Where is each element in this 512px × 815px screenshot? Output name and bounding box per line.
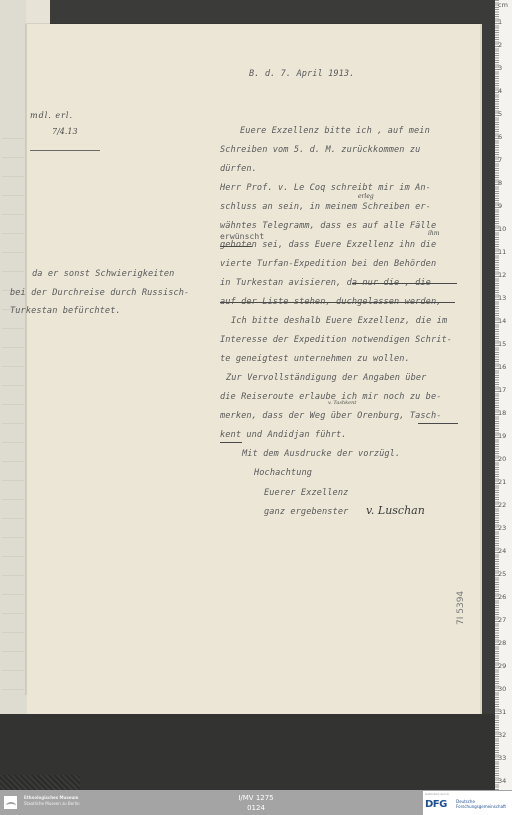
ruler-label: 10 bbox=[498, 225, 506, 233]
ruler-label: 15 bbox=[498, 340, 506, 348]
underline-tasch bbox=[418, 423, 458, 424]
museum-logo-wave-icon bbox=[6, 802, 16, 809]
body-line-13: te geneigtest unternehmen zu wollen. bbox=[220, 354, 410, 364]
margin-note-line-2: bei der Durchreise durch Russisch- bbox=[10, 288, 189, 298]
museum-name-line2: Staatliche Museen zu Berlin bbox=[24, 801, 80, 807]
ruler-label: 4 bbox=[498, 87, 502, 95]
ruler-label: 23 bbox=[498, 524, 506, 532]
ruler-label: 33 bbox=[498, 754, 506, 762]
ruler-label: 28 bbox=[498, 639, 506, 647]
ruler-label: 8 bbox=[498, 179, 502, 187]
ruler-unit: cm bbox=[498, 1, 508, 9]
ruler-label: 32 bbox=[498, 731, 506, 739]
sponsor-name: Deutsche Forschungsgemeinschaft bbox=[456, 799, 506, 809]
ruler-label: 29 bbox=[498, 662, 506, 670]
interlinear-note-ihm: ihm bbox=[428, 230, 439, 237]
ruler-label: 11 bbox=[498, 248, 506, 256]
body-line-14: Zur Vervollständigung der Angaben über bbox=[226, 373, 426, 383]
textured-cloth bbox=[0, 775, 80, 790]
ruler-label: 13 bbox=[498, 294, 506, 302]
strike-geboten bbox=[220, 246, 252, 247]
body-line-7: geboten sei, dass Euere Exzellenz ihn di… bbox=[220, 240, 436, 250]
body-line-5: schluss an sein, in meinem Schreiben er- bbox=[220, 202, 431, 212]
ruler-label: 20 bbox=[498, 455, 506, 463]
body-line-12: Interesse der Expedition notwendigen Sch… bbox=[220, 335, 452, 345]
sponsor-name-line2: Forschungsgemeinschaft bbox=[456, 804, 506, 809]
ruler-label: 14 bbox=[498, 317, 506, 325]
dfg-sponsor-badge: Gefördert durch DFG Deutsche Forschungsg… bbox=[423, 791, 512, 815]
ruler-ticks bbox=[495, 0, 499, 790]
ruler-label: 24 bbox=[498, 547, 506, 555]
dfg-logo-icon: DFG bbox=[425, 799, 447, 810]
ruler-label: 26 bbox=[498, 593, 506, 601]
archive-footer: Ethnologisches Museum Staatliche Museen … bbox=[0, 790, 512, 815]
sponsor-label: Gefördert durch bbox=[425, 792, 449, 796]
ruler-label: 16 bbox=[498, 363, 506, 371]
body-line-3: dürfen. bbox=[220, 164, 257, 174]
underline-kent bbox=[220, 442, 242, 443]
body-line-8: vierte Turfan-Expedition bei den Behörde… bbox=[220, 259, 436, 269]
closing-line-1: Mit dem Ausdrucke der vorzügl. bbox=[242, 449, 400, 459]
interlinear-note-taschkent: v. Tashkent bbox=[328, 400, 356, 406]
ruler-label: 9 bbox=[498, 202, 502, 210]
top-left-annotation-line2: 7/4.13 bbox=[52, 127, 78, 136]
page-right-shadow bbox=[480, 24, 482, 714]
measurement-ruler: cm 1 2 3 4 5 6 7 8 9 10 11 12 13 14 15 1… bbox=[495, 0, 512, 790]
ruler-label: 34 bbox=[498, 777, 506, 785]
top-left-annotation-line1: mdl. erl. bbox=[30, 111, 73, 120]
body-line-11: Ich bitte deshalb Euere Exzellenz, die i… bbox=[231, 316, 447, 326]
page-edge-top bbox=[26, 0, 50, 25]
left-edge-line bbox=[26, 24, 27, 714]
strike-auf-der-liste bbox=[220, 302, 455, 303]
annotation-underline bbox=[30, 150, 100, 151]
ruler-label: 7 bbox=[498, 156, 502, 164]
margin-note-line-3: Turkestan befürchtet. bbox=[10, 306, 121, 316]
ruler-label: 30 bbox=[498, 685, 506, 693]
ruler-label: 5 bbox=[498, 110, 502, 118]
ruler-label: 2 bbox=[498, 41, 502, 49]
ruler-label: 25 bbox=[498, 570, 506, 578]
inventory-number: 7I 5394 bbox=[456, 591, 466, 625]
body-line-2: Schreiben vom 5. d. M. zurückkommen zu bbox=[220, 145, 420, 155]
body-line-1: Euere Exzellenz bitte ich , auf mein bbox=[240, 126, 430, 136]
ruler-label: 1 bbox=[498, 18, 502, 26]
museum-name: Ethnologisches Museum Staatliche Museen … bbox=[24, 795, 80, 807]
strike-da-nur-die bbox=[352, 283, 457, 284]
ruler-label: 18 bbox=[498, 409, 506, 417]
closing-line-3: Euerer Exzellenz bbox=[264, 488, 348, 498]
ruler-label: 17 bbox=[498, 386, 506, 394]
ruler-label: 31 bbox=[498, 708, 506, 716]
body-line-4: Herr Prof. v. Le Coq schreibt mir im An- bbox=[220, 183, 431, 193]
body-line-6: wähntes Telegramm, dass es auf alle Fäll… bbox=[220, 221, 436, 231]
ruler-label: 6 bbox=[498, 133, 502, 141]
page-number: 0124 bbox=[216, 803, 296, 813]
ruler-label: 27 bbox=[498, 616, 506, 624]
date-line: B. d. 7. April 1913. bbox=[249, 69, 354, 79]
archive-reference: I/MV 1275 0124 bbox=[216, 793, 296, 813]
closing-line-4: ganz ergebenster bbox=[264, 507, 348, 517]
ruler-label: 12 bbox=[498, 271, 506, 279]
ruler-label: 22 bbox=[498, 501, 506, 509]
underlying-page-lines bbox=[2, 120, 24, 690]
ruler-label: 3 bbox=[498, 64, 502, 72]
body-line-16: merken, dass der Weg über Orenburg, Tasc… bbox=[220, 411, 442, 421]
archive-id: I/MV 1275 bbox=[216, 793, 296, 803]
signature: v. Luschan bbox=[366, 504, 425, 517]
ruler-label: 21 bbox=[498, 478, 506, 486]
closing-line-2: Hochachtung bbox=[254, 468, 312, 478]
margin-note-line-1: da er sonst Schwierigkeiten bbox=[32, 269, 174, 279]
underlying-page-bottom bbox=[0, 695, 27, 714]
interlinear-note-erleg: erleg bbox=[358, 193, 374, 200]
ruler-label: 19 bbox=[498, 432, 506, 440]
body-line-17: kent und Andidjan führt. bbox=[220, 430, 347, 440]
